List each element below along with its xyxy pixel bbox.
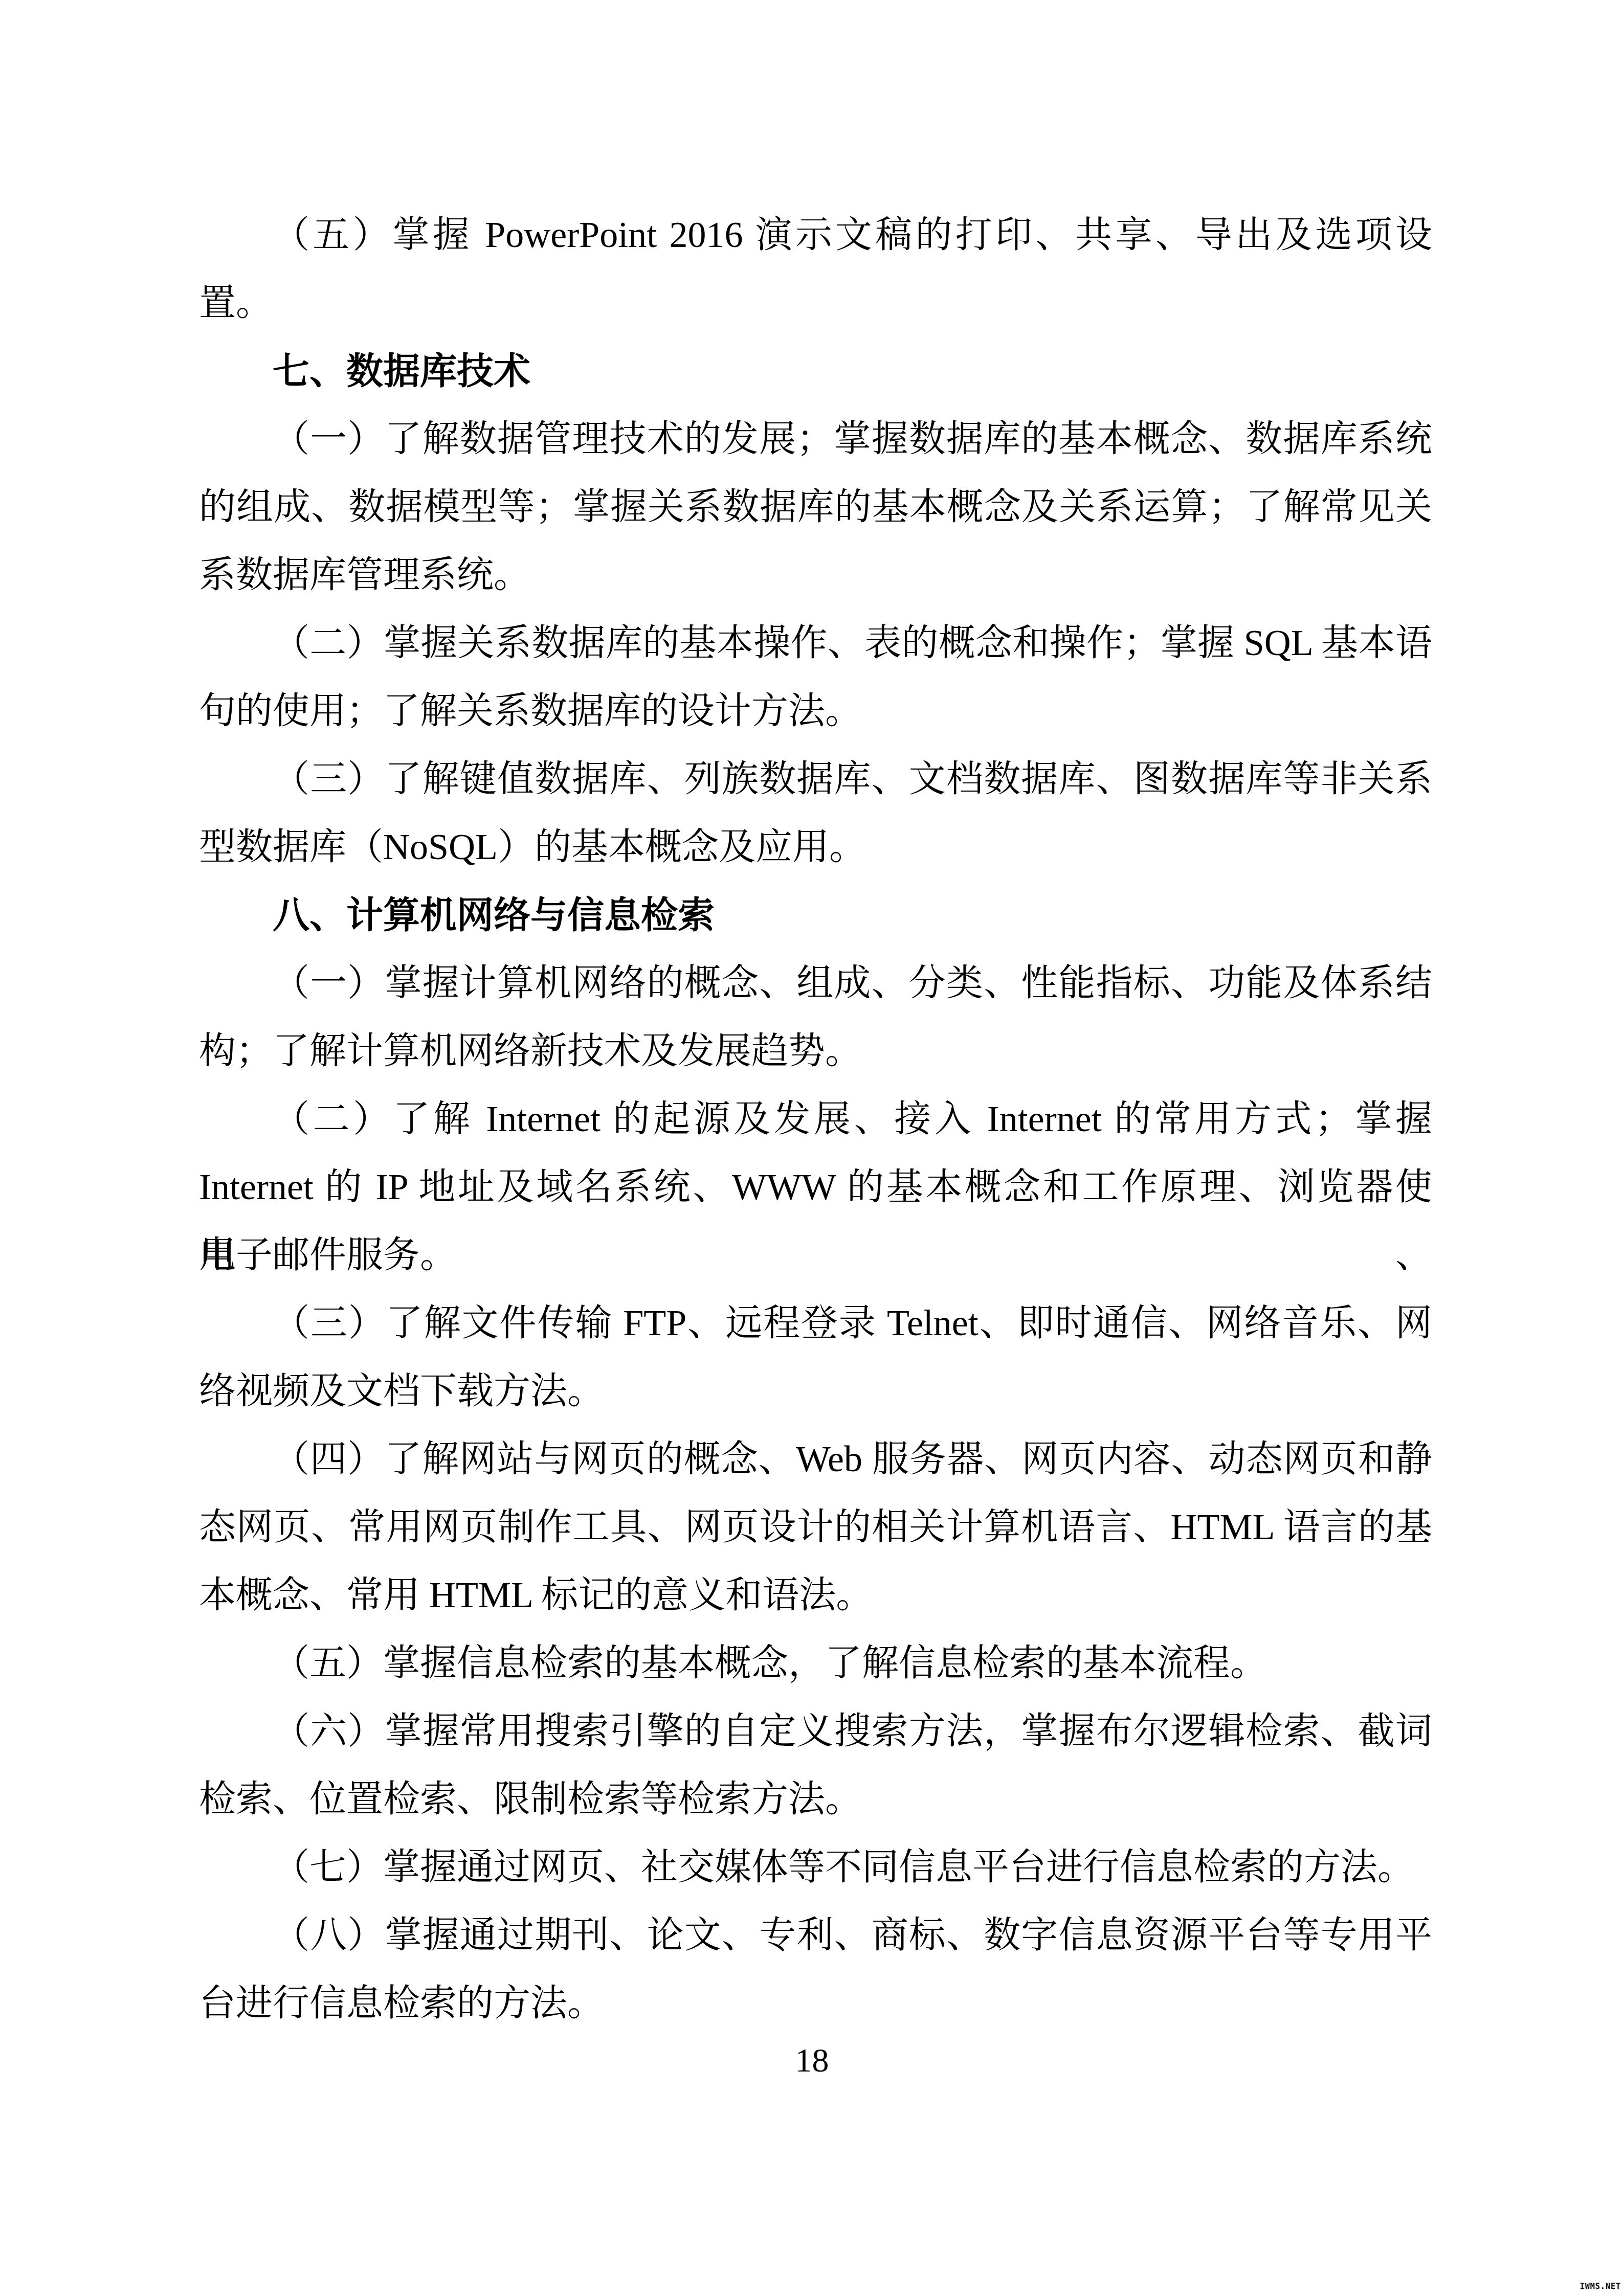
text-line: 的组成、数据模型等；掌握关系数据库的基本概念及关系运算；了解常见关 <box>199 473 1432 541</box>
text-line: （二）掌握关系数据库的基本操作、表的概念和操作；掌握 SQL 基本语 <box>199 609 1432 677</box>
document-body: （五）掌握 PowerPoint 2016 演示文稿的打印、共享、导出及选项设置… <box>199 201 1432 2037</box>
section-heading: 七、数据库技术 <box>199 337 1432 405</box>
text-line: 句的使用；了解关系数据库的设计方法。 <box>199 677 1432 745</box>
text-line: （四）了解网站与网页的概念、Web 服务器、网页内容、动态网页和静 <box>199 1425 1432 1493</box>
text-line: （一）了解数据管理技术的发展；掌握数据库的基本概念、数据库系统 <box>199 405 1432 473</box>
text-line: （八）掌握通过期刊、论文、专利、商标、数字信息资源平台等专用平 <box>199 1901 1432 1969</box>
text-line: （三）了解文件传输 FTP、远程登录 Telnet、即时通信、网络音乐、网 <box>199 1289 1432 1357</box>
text-line: （三）了解键值数据库、列族数据库、文档数据库、图数据库等非关系 <box>199 745 1432 813</box>
text-line: 系数据库管理系统。 <box>199 541 1432 609</box>
text-line: （七）掌握通过网页、社交媒体等不同信息平台进行信息检索的方法。 <box>199 1833 1432 1901</box>
watermark: IWMS.NET <box>1580 2282 1621 2291</box>
text-line: Internet 的 IP 地址及域名系统、WWW 的基本概念和工作原理、浏览器… <box>199 1153 1432 1221</box>
text-line: 络视频及文档下载方法。 <box>199 1357 1432 1425</box>
text-line: 型数据库（NoSQL）的基本概念及应用。 <box>199 813 1432 881</box>
text-line: 本概念、常用 HTML 标记的意义和语法。 <box>199 1561 1432 1629</box>
text-line: 台进行信息检索的方法。 <box>199 1969 1432 2037</box>
text-line: 态网页、常用网页制作工具、网页设计的相关计算机语言、HTML 语言的基 <box>199 1493 1432 1561</box>
text-line: 置。 <box>199 269 1432 337</box>
text-line: （一）掌握计算机网络的概念、组成、分类、性能指标、功能及体系结 <box>199 949 1432 1017</box>
text-line: 构；了解计算机网络新技术及发展趋势。 <box>199 1017 1432 1085</box>
document-page: { "page": { "background": "#ffffff", "te… <box>0 0 1624 2296</box>
text-line: 检索、位置检索、限制检索等检索方法。 <box>199 1765 1432 1833</box>
text-line: （五）掌握信息检索的基本概念，了解信息检索的基本流程。 <box>199 1629 1432 1697</box>
text-line: （五）掌握 PowerPoint 2016 演示文稿的打印、共享、导出及选项设 <box>199 201 1432 269</box>
text-line: （六）掌握常用搜索引擎的自定义搜索方法，掌握布尔逻辑检索、截词 <box>199 1697 1432 1765</box>
section-heading: 八、计算机网络与信息检索 <box>199 881 1432 949</box>
page-number: 18 <box>0 2043 1624 2079</box>
text-line: （二）了解 Internet 的起源及发展、接入 Internet 的常用方式；… <box>199 1085 1432 1153</box>
